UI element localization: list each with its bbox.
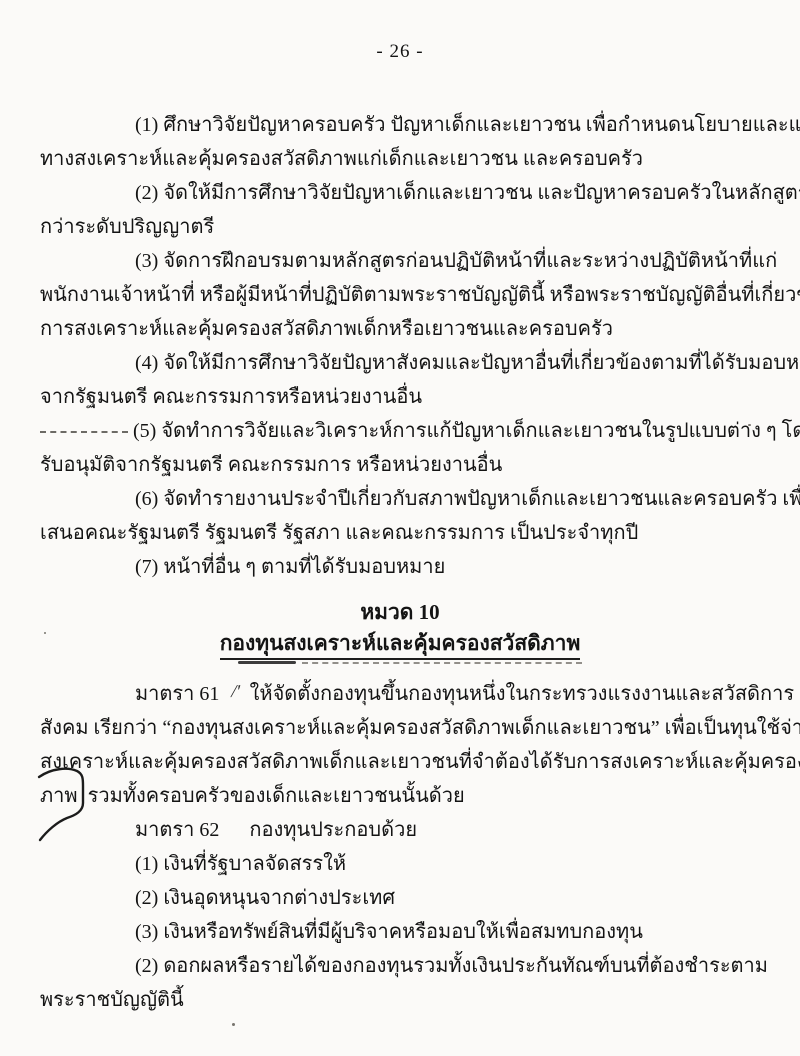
scanned-document-page: - 26 - (1) ศึกษาวิจัยปัญหาครอบครัว ปัญหา… — [0, 0, 800, 1056]
clause-line: (4) จัดให้มีการศึกษาวิจัยปัญหาสังคมและปั… — [40, 346, 760, 380]
clause-line: (2) จัดให้มีการศึกษาวิจัยปัญหาเด็กและเยา… — [40, 176, 760, 210]
matra-61-line: สงเคราะห์และคุ้มครองสวัสดิภาพเด็กและเยาว… — [40, 745, 760, 779]
matra-61-line: มาตรา 61/'ให้จัดตั้งกองทุนขึ้นกองทุนหนึ่… — [40, 677, 760, 711]
fund-item: (2) เงินอุดหนุนจากต่างประเทศ — [40, 881, 760, 915]
chapter-heading: หมวด 10 — [40, 595, 760, 629]
clause-line: ทางสงเคราะห์และคุ้มครองสวัสดิภาพแก่เด็กแ… — [40, 142, 760, 176]
section-gap-spacer — [40, 584, 760, 595]
clause-line: (3) จัดการฝึกอบรมตามหลักสูตรก่อนปฏิบัติห… — [40, 244, 760, 278]
underline-smear-row — [40, 657, 760, 677]
clause-line-with-artifact: (5) จัดทำการวิจัยและวิเคราะห์การแก้ปัญหา… — [40, 414, 760, 448]
fund-item: (1) เงินที่รัฐบาลจัดสรรให้ — [40, 847, 760, 881]
clause-line: กว่าระดับปริญญาตรี — [40, 210, 760, 244]
scan-dash-artifact — [40, 431, 128, 433]
clause-line: การสงเคราะห์และคุ้มครองสวัสดิภาพเด็กหรือ… — [40, 312, 760, 346]
clause-line: รับอนุมัติจากรัฐมนตรี คณะกรรมการ หรือหน่… — [40, 448, 760, 482]
clause-line: (6) จัดทำรายงานประจำปีเกี่ยวกับสภาพปัญหา… — [40, 482, 760, 516]
page-number: - 26 - — [40, 40, 760, 64]
scan-speck — [748, 424, 751, 426]
clause-line: (1) ศึกษาวิจัยปัญหาครอบครัว ปัญหาเด็กและ… — [40, 108, 760, 142]
matra-61-line: ภาพรวมทั้งครอบครัวของเด็กและเยาวชนนั้นด้… — [40, 779, 760, 813]
fund-item: (3) เงินหรือทรัพย์สินที่มีผู้บริจาคหรือม… — [40, 915, 760, 949]
matra-61-line: สังคม เรียกว่า “กองทุนสงเคราะห์และคุ้มคร… — [40, 711, 760, 745]
clause-line: เสนอคณะรัฐมนตรี รัฐมนตรี รัฐสภา และคณะกร… — [40, 516, 760, 550]
matra-62-label: มาตรา 62 — [135, 819, 219, 841]
underline-smear-dashes — [302, 662, 582, 664]
matra-62-line: มาตรา 62กองทุนประกอบด้วย — [40, 813, 760, 847]
handwritten-slash-mark: /' — [228, 674, 243, 708]
top-margin-spacer — [40, 64, 760, 108]
fund-item-continuation: พระราชบัญญัตินี้ — [40, 983, 760, 1017]
matra-61-label: มาตรา 61 — [135, 683, 219, 705]
scan-speck — [44, 632, 46, 634]
clause-line: จากรัฐมนตรี คณะกรรมการหรือหน่วยงานอื่น — [40, 380, 760, 414]
section-title: กองทุนสงเคราะห์และคุ้มครองสวัสดิภาพ — [220, 629, 581, 660]
underline-smear-solid — [238, 661, 296, 664]
clause-line: (7) หน้าที่อื่น ๆ ตามที่ได้รับมอบหมาย — [40, 550, 760, 584]
section-title-row: กองทุนสงเคราะห์และคุ้มครองสวัสดิภาพ — [40, 629, 760, 657]
scan-speck — [232, 1023, 235, 1026]
fund-item: (2) ดอกผลหรือรายได้ของกองทุนรวมทั้งเงินป… — [40, 949, 760, 983]
clause-line: พนักงานเจ้าหน้าที่ หรือผู้มีหน้าที่ปฏิบั… — [40, 278, 760, 312]
